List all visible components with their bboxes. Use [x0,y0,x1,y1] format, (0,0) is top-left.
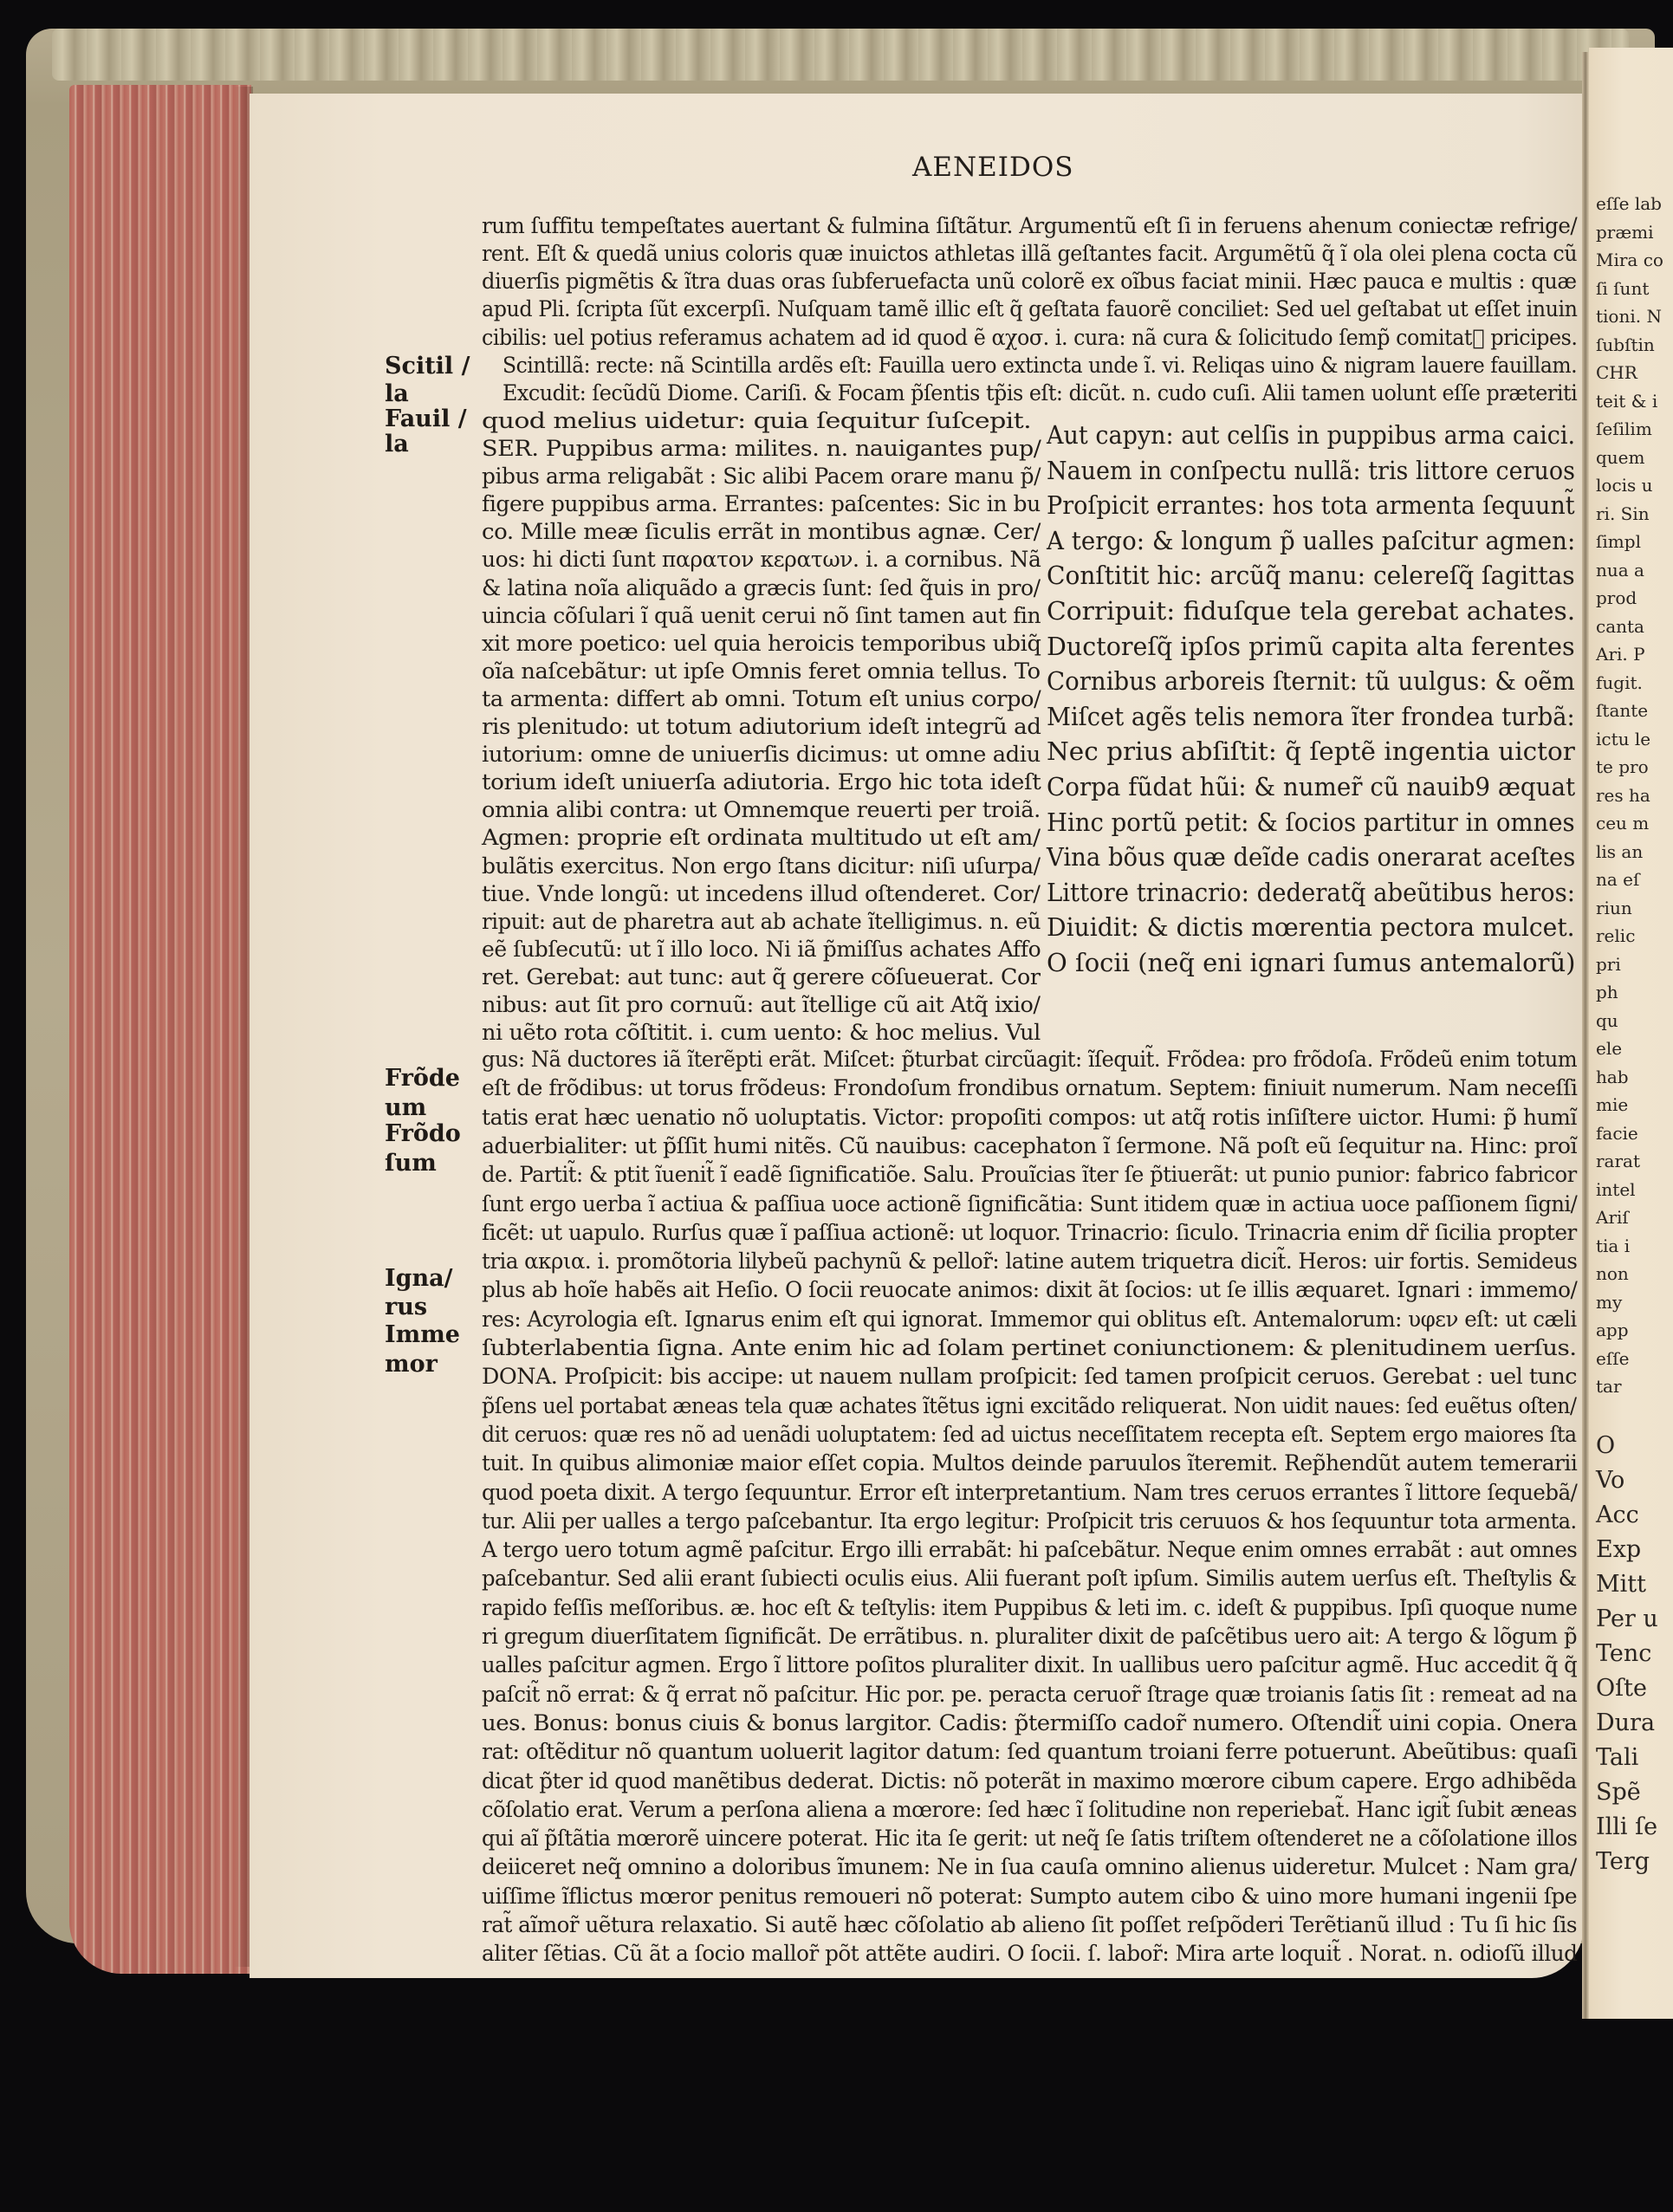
recto-text-fragment: prod [1596,589,1637,607]
recto-text-fragment: ſubſtin [1596,336,1655,354]
margin-note: Fauil / [385,407,467,431]
recto-text-fragment: Mira co [1596,251,1663,269]
recto-text-fragment: eſſe lab [1596,195,1662,212]
margin-note: mor [385,1352,438,1376]
recto-text-fragment: ri. Sin [1596,505,1650,522]
recto-text-fragment: canta [1596,618,1644,635]
text-line: plus ab hoĩe habẽs ait Heſio. O ſocii re… [482,1279,1577,1301]
text-line: diuerſis pigmẽtis & ĩtra duas oras ſubfe… [482,270,1577,292]
recto-text-fragment: CHR [1596,364,1637,381]
book-gutter [1582,52,1589,2019]
verse-line: Diuidit: & dictis mœrentia pectora mulce… [1047,915,1575,940]
verse-line: Ductoreſq̃ ipſos primũ capita alta feren… [1047,634,1575,659]
margin-note: Imme [385,1323,460,1346]
recto-text-fragment: ſtante [1596,702,1648,719]
recto-text-fragment: ſimpl [1596,533,1641,550]
recto-text-fragment: ſi ſunt [1596,280,1649,297]
recto-text-fragment: res ha [1596,787,1650,804]
margin-note: um [385,1096,426,1119]
text-line: gus: Nã ductores iã ĩterẽpti erãt. Miſce… [482,1048,1577,1070]
text-line: tatis erat hæc uenatio nõ uoluptatis. Vi… [482,1106,1577,1128]
recto-text-fragment: ictu le [1596,730,1650,748]
text-line: ris plenitudo: ut totum adiutorium ideſt… [482,716,1041,737]
text-line: Scintillã: recte: nã Scintilla ardẽs eſt… [503,354,1577,376]
text-line: ualles paſcitur agmen. Ergo ĩ littore po… [482,1654,1577,1676]
text-line: A tergo uero totum agmẽ paſcitur. Ergo i… [482,1539,1577,1560]
recto-text-fragment: mie [1596,1096,1628,1113]
text-line: de. Partit̃: & ptit ĩuenit̃ ĩ eadẽ ſigni… [482,1164,1577,1185]
text-line: ficẽt: ut uapulo. Rurſus quæ ĩ paſſiua a… [482,1222,1577,1243]
margin-note: Frõde [385,1067,460,1090]
text-line: ripuit: aut de pharetra aut ab achate ĩt… [482,911,1041,932]
recto-text-fragment: præmi [1596,224,1654,241]
recto-text-fragment: Illi ſe [1596,1815,1657,1839]
margin-note: rus [385,1295,427,1319]
text-line: cõſolatio erat. Verum a perſona aliena a… [482,1799,1577,1820]
recto-text-fragment: intel [1596,1181,1636,1198]
text-line: qui aĩ p̃ſtãtia mœrorẽ uincere poterat. … [482,1827,1577,1849]
text-line: deiiceret neq̃ omnino a doloribus ĩmunem… [482,1856,1577,1878]
text-line: Excudit: ſecũdũ Diome. Cariſi. & Focam p… [503,382,1577,404]
recto-text-fragment: Ari. P [1596,645,1645,663]
text-line: ret. Gerebat: aut tunc: aut q̃ gerere cõ… [482,966,1041,988]
text-line: apud Pli. ſcripta ſũt excerpſi. Nuſquam … [482,298,1577,320]
margin-note: Igna/ [385,1267,453,1290]
recto-text-fragment: Vo [1596,1469,1624,1492]
recto-text-fragment: O [1596,1434,1615,1457]
recto-text-fragment: ſeſilim [1596,420,1652,438]
verse-line: O ſocii (neq̃ eni ignari ſumus antemalor… [1047,950,1575,976]
text-line: eſt de frõdibus: ut torus frõdeus: Frond… [482,1077,1577,1099]
text-line: iutorium: omne de uniuerſis dicimus: ut … [482,743,1041,765]
verse-line: Proſpicit errantes: hos tota armenta ſeq… [1047,493,1575,518]
text-line: aliter ſẽtias. Cũ ãt a ſocio mallor̃ põt… [482,1943,1577,1964]
verse-line: Corripuit: fiduſque tela gerebat achates… [1047,599,1575,624]
text-line: quod melius uidetur: quia ſequitur ſuſce… [482,410,1031,431]
recto-text-fragment: eſſe [1596,1350,1629,1367]
margin-note: la [385,382,409,405]
binding-headcap [52,29,1629,81]
text-line: uiſſime ĩflictus mœror penitus remoueri … [482,1885,1577,1907]
text-line: tria ακρια. i. promõtoria lilybeũ pachyn… [482,1250,1577,1272]
recto-text-fragment: quem [1596,449,1644,466]
text-line: co. Mille meæ ſiculis errãt in montibus … [482,521,1041,542]
text-line: oĩa naſcebãtur: ut ipſe Omnis feret omni… [482,660,1041,682]
recto-text-fragment: non [1596,1265,1629,1282]
text-line: p̃ſens uel portabat æneas tela quæ achat… [482,1395,1577,1417]
verse-line: Littore trinacrio: dederatq̃ abeũtibus h… [1047,880,1575,905]
red-stained-fore-edge [69,85,251,1974]
text-line: omnia alibi contra: ut Omnemque reuerti … [482,799,1041,821]
recto-text-fragment: te pro [1596,758,1649,775]
recto-text-fragment: riun [1596,899,1632,917]
verse-line: Hinc portũ petit: & ſocios partitur in o… [1047,810,1575,835]
recto-text-fragment: tar [1596,1378,1622,1395]
recto-text-fragment: ceu m [1596,814,1649,832]
verse-line: Nec prius abſiſtit: q̃ ſeptẽ ingentia ui… [1047,739,1575,764]
recto-text-fragment: na eſ [1596,871,1639,888]
text-line: aduerbialiter: ut p̃ſſit humi nitẽs. Cũ … [482,1135,1577,1157]
recto-text-fragment: Acc [1596,1503,1639,1527]
recto-text-fragment: fugit. [1596,674,1643,691]
margin-note: la [385,432,409,456]
recto-text-fragment: Terg [1596,1850,1650,1873]
recto-text-fragment: Exp [1596,1538,1641,1561]
text-line: bulãtis exercitus. Non ergo ſtans dicitu… [482,855,1041,877]
recto-text-fragment: my [1596,1294,1622,1311]
recto-page-fragment: eſſe labpræmiMira coſi ſunttioni. Nſubſt… [1589,48,1673,2019]
text-line: rent. Eſt & quedã unius coloris quæ inui… [482,243,1577,264]
running-head: AENEIDOS [912,152,1074,183]
recto-text-fragment: nua a [1596,561,1644,579]
verse-line: Corpa fũdat hũi: & numer̃ cũ nauib9 æqua… [1047,775,1575,800]
text-line: ri gregum diuerſitatem ſignificãt. De er… [482,1625,1577,1647]
recto-text-fragment: hab [1596,1068,1629,1086]
recto-text-fragment: tioni. N [1596,308,1662,325]
recto-text-fragment: teit & i [1596,392,1657,410]
recto-text-fragment: Tali [1596,1746,1638,1769]
text-line: rapido feſſis meſſoribus. æ. hoc eſt & t… [482,1597,1577,1618]
text-line: ſunt ergo uerba ĩ actiua & paſſiua uoce … [482,1193,1577,1215]
text-line: paſcebantur. Sed alii erant ſubiecti ocu… [482,1567,1577,1589]
text-line: res: Acyrologia eſt. Ignarus enim eſt qu… [482,1308,1577,1330]
text-line: paſcit̃ nõ errat: & q̃ errat nõ paſcitur… [482,1683,1577,1705]
recto-text-fragment: qu [1596,1012,1618,1029]
recto-text-fragment: lis an [1596,843,1643,860]
text-line: uos: hi dicti ſunt παρατον κερατων. i. a… [482,548,1041,570]
recto-text-fragment: Oſte [1596,1677,1647,1700]
text-line: xit more poetico: uel quia heroicis temp… [482,632,1041,654]
verse-line: Conſtitit hic: arcũq̃ manu: celereſq̃ ſa… [1047,563,1575,588]
text-line: torium ideſt uniuerſa adiutoria. Ergo hi… [482,771,1041,793]
recto-text-fragment: app [1596,1321,1629,1339]
verse-line: A tergo: & longum p̃ ualles paſcitur agm… [1047,529,1575,554]
text-line: rum ſuffitu tempeſtates auertant & fulmi… [482,215,1577,237]
recto-text-fragment: tia i [1596,1237,1630,1255]
recto-text-fragment: pri [1596,956,1621,973]
text-line: tur. Alii per ualles a tergo paſcebantur… [482,1510,1577,1532]
text-line: rat: oſtẽditur nõ quantum uoluerit lagit… [482,1741,1577,1762]
recto-text-fragment: ph [1596,983,1618,1001]
verse-line: Aut capyn: aut celſis in puppibus arma c… [1047,423,1575,448]
text-line: dicat p̃ter id quod manẽtibus dederat. D… [482,1770,1577,1792]
recto-text-fragment: rarat [1596,1152,1640,1170]
text-line: eẽ ſubſecutũ: ut ĩ illo loco. Ni iã p̃mi… [482,938,1041,960]
text-line: figere puppibus arma. Errantes: paſcente… [482,493,1041,515]
text-line: ſubterlabentia ſigna. Ante enim hic ad ſ… [482,1337,1577,1359]
text-line: Agmen: proprie eſt ordinata multitudo ut… [482,827,1041,848]
recto-text-fragment: facie [1596,1125,1638,1142]
text-line: quod poeta dixit. A tergo ſequuntur. Err… [482,1482,1577,1503]
text-line: nibus: aut ſit pro cornuũ: aut ĩtellige … [482,994,1041,1015]
verse-line: Miſcet agẽs telis nemora ĩter frondea tu… [1047,704,1575,730]
text-line: tuit. In quibus alimoniæ maior eſſet cop… [482,1452,1577,1474]
text-line: cibilis: uel potius referamus achatem ad… [482,327,1577,348]
recto-text-fragment: Dura [1596,1711,1655,1735]
text-line: & latina noĩa aliquãdo a græcis ſunt: ſe… [482,577,1041,599]
text-line: ta armenta: differt ab omni. Totum eſt u… [482,688,1041,710]
text-line: ni uẽto rota cõſtitit. i. cum uento: & h… [482,1022,1041,1043]
text-line: tiue. Vnde longũ: ut incedens illud oſte… [482,883,1041,905]
recto-text-fragment: Mitt [1596,1573,1646,1596]
verse-line: Cornibus arboreis ſternit: tũ uulgus: & … [1047,669,1575,694]
text-line: SER. Puppibus arma: milites. n. nauigant… [482,438,1041,459]
text-line: ues. Bonus: bonus ciuis & bonus largitor… [482,1712,1577,1734]
margin-note: ſum [385,1151,437,1175]
margin-note: Scitil / [385,354,470,378]
text-line: DONA. Proſpicit: bis accipe: ut nauem nu… [482,1365,1577,1387]
text-line: uincia cõſulari ĩ quã uenit cerui nõ ſin… [482,605,1041,626]
text-line: pibus arma religabãt : Sic alibi Pacem o… [482,465,1041,487]
recto-text-fragment: Spẽ [1596,1781,1641,1804]
recto-text-fragment: Per u [1596,1607,1658,1631]
margin-note: Frõdo [385,1122,461,1145]
recto-text-fragment: Tenc [1596,1642,1651,1665]
text-line: dit ceruos: quæ res nõ ad uenãdi uolupta… [482,1424,1577,1445]
recto-text-fragment: relic [1596,927,1635,944]
verse-line: Vina bõus quæ deĩde cadis onerarat aceſt… [1047,845,1575,870]
text-line: rat̃ aĩmor̃ uẽtura relaxatio. Si autẽ hæ… [482,1914,1577,1936]
verse-line: Nauem in conſpectu nullã: tris littore c… [1047,458,1575,483]
recto-text-fragment: ele [1596,1040,1622,1057]
recto-text-fragment: locis u [1596,477,1653,494]
recto-text-fragment: Ariſ [1596,1209,1629,1226]
